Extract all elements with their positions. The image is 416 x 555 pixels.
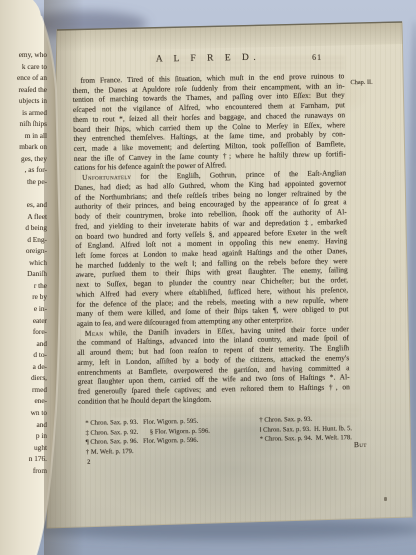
left-page-text-fragment: , as for- (0, 164, 47, 176)
left-page-text-fragment: wn to (0, 407, 47, 419)
left-page-text-fragment: fore- (0, 326, 47, 338)
left-page-text-fragment: emy, who (0, 49, 47, 61)
left-page-text-fragment: d Eng- (0, 234, 47, 246)
paragraph-lines: Danes, had died; as had alſo Guthred, wh… (74, 178, 349, 329)
paragraph-2: Unfortunately for the Engliſh, Gothrun, … (74, 168, 349, 328)
paragraph-lead: Unfortunately (82, 172, 131, 182)
signature-mark: 2 (87, 459, 90, 466)
left-page-text-fragment: d being (0, 222, 47, 234)
left-page-text-fragment (0, 188, 47, 200)
paragraph-1: from France. Tired of this ſituation, wh… (72, 71, 346, 173)
left-page-text-fragment: ges, they (0, 153, 47, 165)
left-page-text-fragment: and (0, 338, 47, 350)
left-page-text-fragment: which (0, 257, 47, 269)
paragraph-lead: Mean (85, 328, 104, 337)
left-page-text-fragment: and (0, 419, 47, 431)
left-page-text-fragment: k care to (0, 61, 47, 73)
left-page-text-fragment: niſh ſhips (0, 118, 47, 130)
paragraph-lines: the command of Haſtings, advanced into t… (77, 334, 350, 407)
left-page-text-fragment: the pe- (0, 176, 47, 188)
page-number: 61 (312, 53, 322, 62)
left-page-text-fragment: reaſed the (0, 84, 47, 96)
left-page-text-fragment: ubjects in (0, 95, 47, 107)
paragraph-lines: them, the Danes at Apuldore roſe ſuddenl… (73, 81, 346, 173)
left-page-text-fragment: ene- (0, 395, 47, 407)
left-page-text-fragment: p in (0, 430, 47, 442)
left-page-text-fragment: ence of an (0, 72, 47, 84)
chapter-margin-note: Chap. II. (350, 79, 384, 87)
left-page-text-fragment: is armed (0, 107, 47, 119)
left-page-text-fragment: e in- (0, 303, 47, 315)
left-page-text-fragment: r the (0, 280, 47, 292)
left-page-text-fragment: from (0, 465, 47, 477)
left-page-text-fragment: Daniſh (0, 268, 47, 280)
left-page-text-fragment: diers, (0, 372, 47, 384)
ink-speck (384, 497, 387, 501)
left-page-text-fragment: A fleet (0, 211, 47, 223)
left-page-text-fragment: ught (0, 442, 47, 454)
left-page-text-fragment: re by (0, 291, 47, 303)
left-page-text-fragment: a de- (0, 361, 47, 373)
body-text: from France. Tired of this ſituation, wh… (72, 71, 350, 406)
left-page-text-fragment: rmed (0, 384, 47, 396)
book-photo: emy, whok care toence of anreaſed theubj… (0, 0, 416, 555)
left-page-text-fragments: emy, whok care toence of anreaſed theubj… (0, 49, 49, 476)
paragraph-3: Mean while, the Daniſh invaders in Eſſex… (77, 324, 350, 406)
left-page-text-fragment: eater (0, 315, 47, 327)
left-page-text-fragment: oreign- (0, 245, 47, 257)
left-page-text-fragment: m in all (0, 130, 47, 142)
left-page-text-fragment: mbark on (0, 141, 47, 153)
left-page-text-fragment: es, and (0, 199, 47, 211)
left-page-text-fragment: n 176. (0, 453, 47, 465)
right-page: A L F R E D. 61 Chap. II. from France. T… (70, 51, 391, 476)
left-page-text-fragment: d to- (0, 349, 47, 361)
